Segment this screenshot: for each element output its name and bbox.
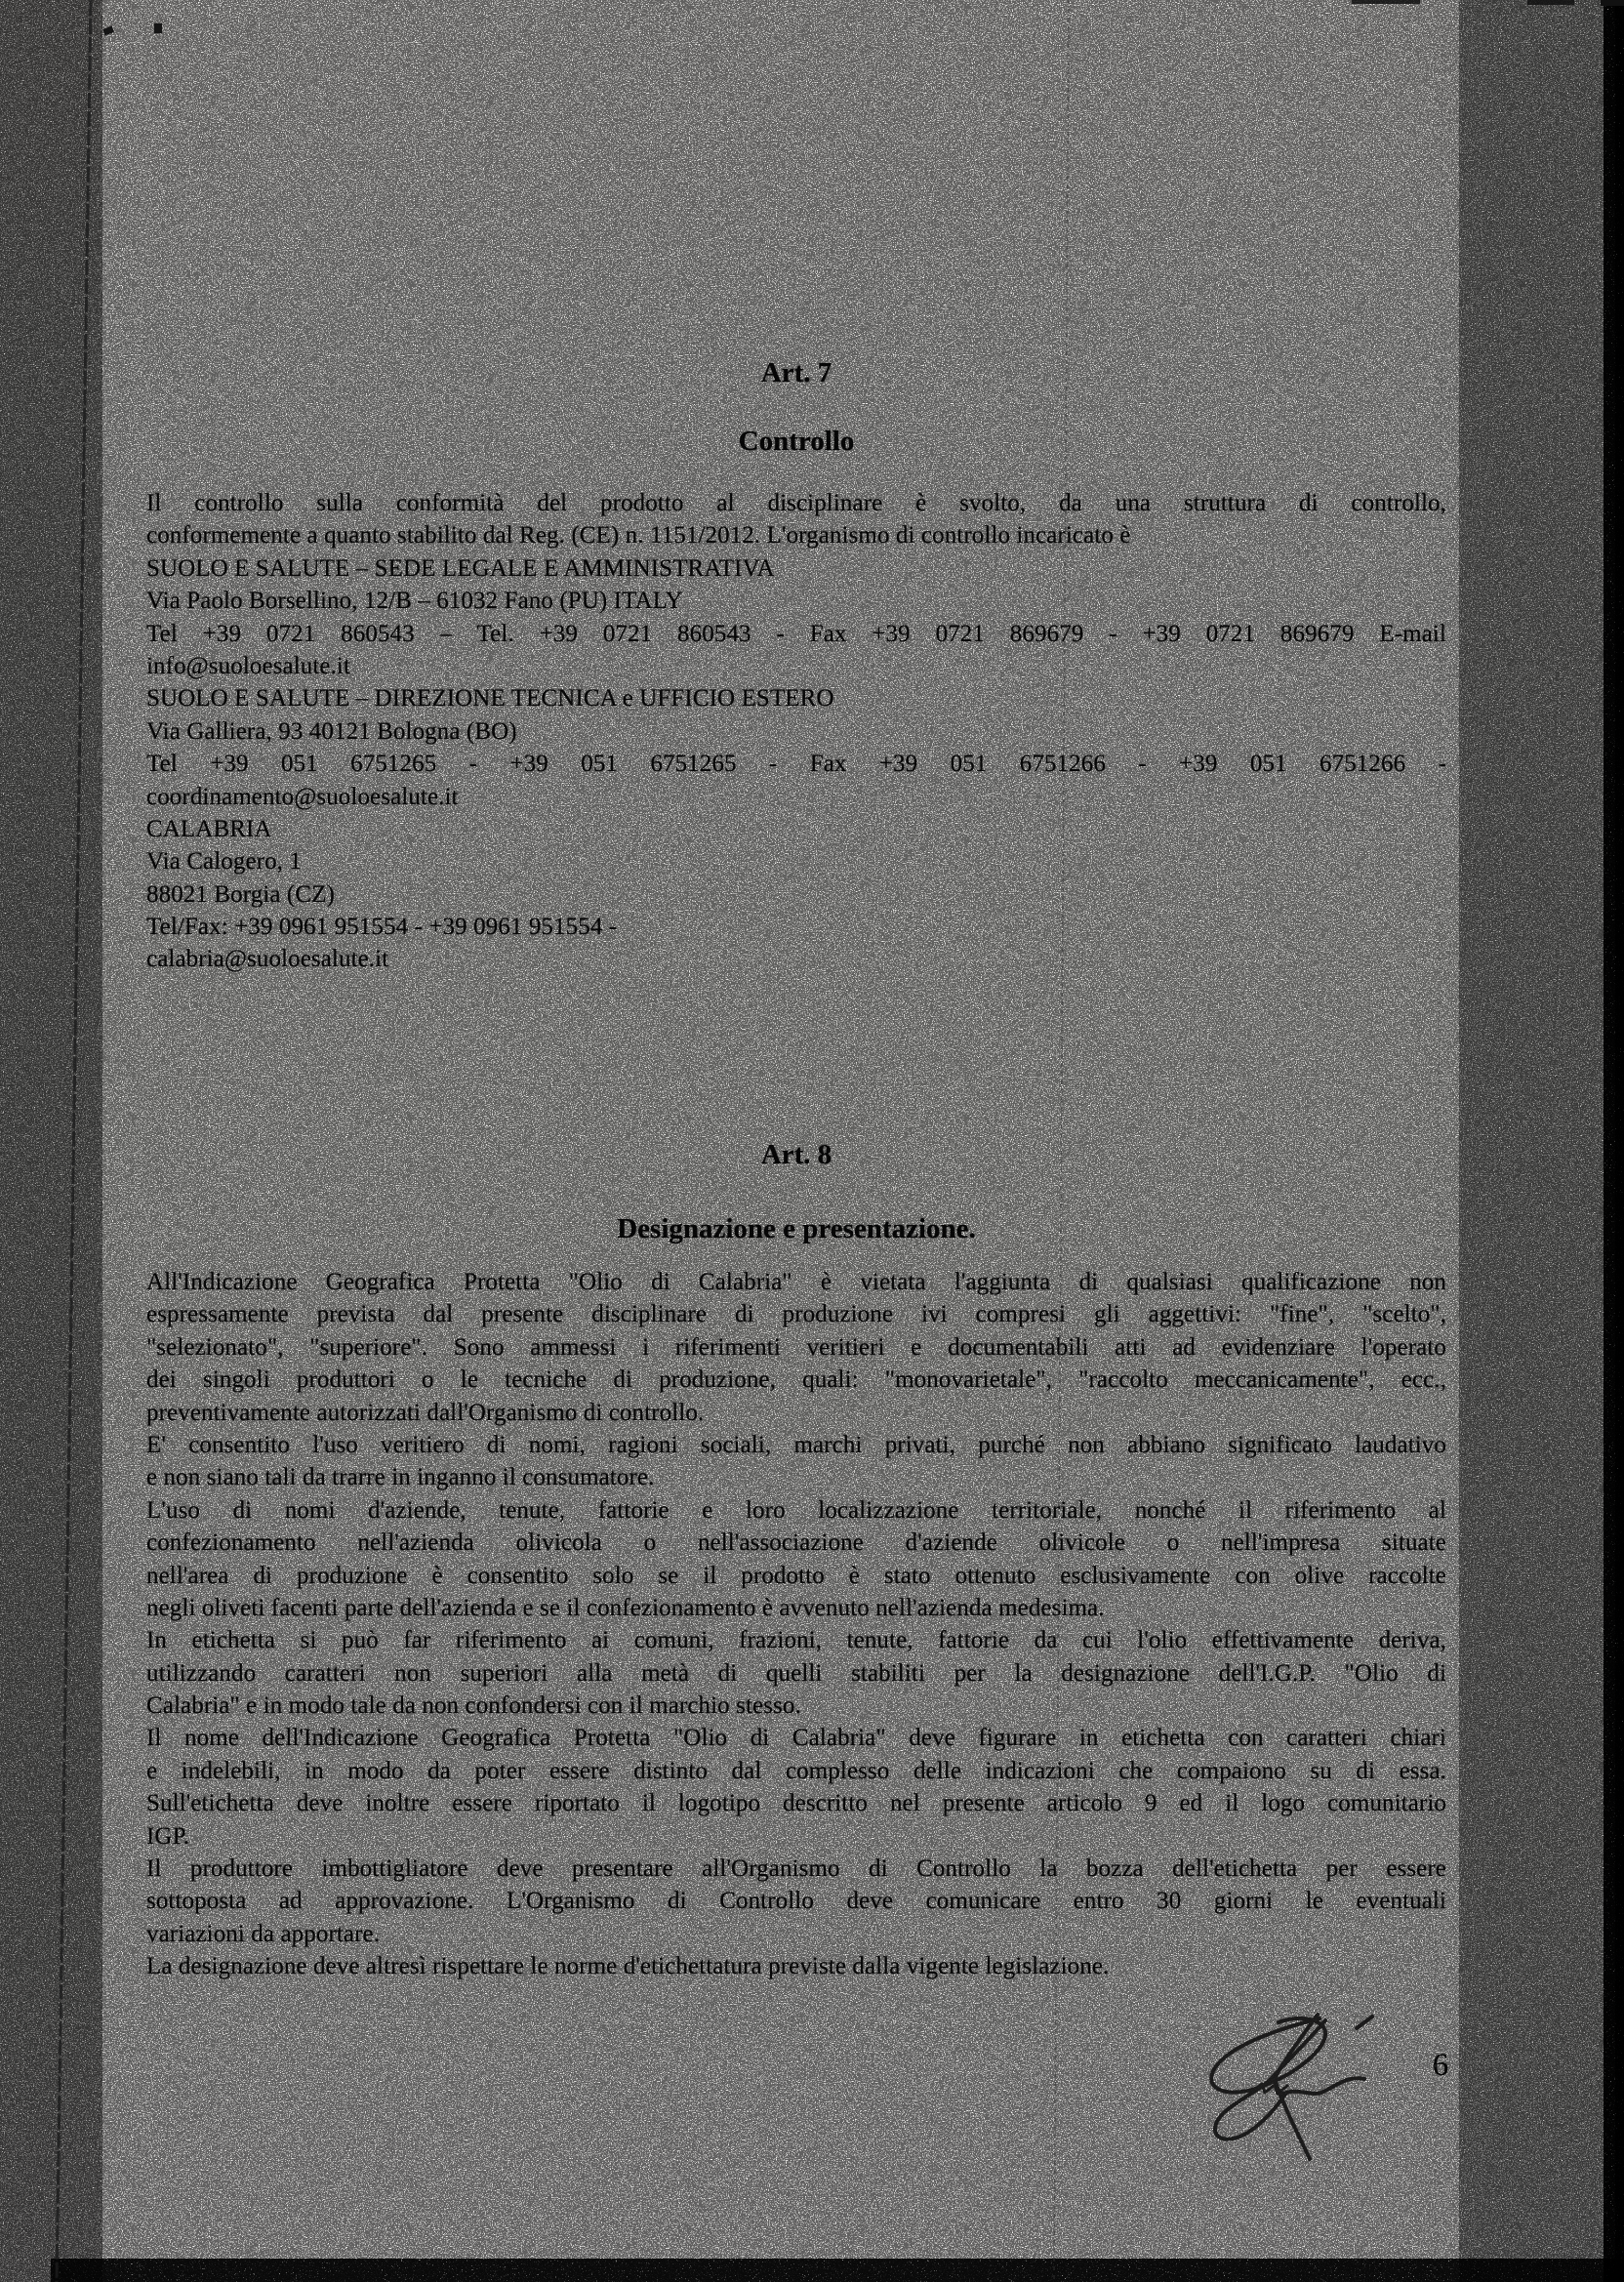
text-line: info@suoloesalute.it [146,650,1446,682]
text-line: SUOLO E SALUTE – DIREZIONE TECNICA e UFF… [146,682,1446,714]
right-margin-noise [1459,0,1624,2282]
text-line: 88021 Borgia (CZ) [146,878,1446,911]
left-edge-line [57,0,91,2282]
ink-speck [102,25,114,35]
art8-heading: Art. 8 [146,1139,1446,1170]
text-line: Sull'etichetta deve inoltre essere ripor… [146,1787,1446,1819]
text-line: Via Calogero, 1 [146,845,1446,877]
text-line: Via Galliera, 93 40121 Bologna (BO) [146,715,1446,748]
ink-speck [154,23,162,33]
text-line: utilizzando caratteri non superiori alla… [146,1657,1446,1690]
text-line: Il nome dell'Indicazione Geografica Prot… [146,1722,1446,1754]
page-number: 6 [1411,2048,1470,2083]
text-line: confezionamento nell'azienda olivicola o… [146,1527,1446,1559]
right-edge-band [1604,0,1624,2282]
left-faint-line [123,29,140,2282]
text-line: Il controllo sulla conformità del prodot… [146,487,1446,519]
art7-paragraph: Il controllo sulla conformità del prodot… [146,487,1446,976]
text-line: Il produttore imbottigliatore deve prese… [146,1853,1446,1885]
art8-paragraph: All'Indicazione Geografica Protetta "Oli… [146,1266,1446,1983]
right-edge-band-inner [1615,0,1624,2282]
text-line: nell'area di produzione è consentito sol… [146,1560,1446,1592]
top-edge-mark [1601,0,1624,6]
text-line: All'Indicazione Geografica Protetta "Oli… [146,1266,1446,1298]
text-line: Tel/Fax: +39 0961 951554 - +39 0961 9515… [146,911,1446,943]
text-line: coordinamento@suoloesalute.it [146,781,1446,813]
text-line: sottoposta ad approvazione. L'Organismo … [146,1885,1446,1917]
art7-subheading: Controllo [146,426,1446,457]
text-line: E' consentito l'uso veritiero di nomi, r… [146,1429,1446,1461]
text-line: e non siano tali da trarre in inganno il… [146,1461,1446,1493]
text-line: IGP. [146,1820,1446,1853]
text-line: SUOLO E SALUTE – SEDE LEGALE E AMMINISTR… [146,552,1446,585]
text-line: Calabria" e in modo tale da non confonde… [146,1690,1446,1722]
art8-subheading: Designazione e presentazione. [146,1213,1446,1244]
text-line: conformemente a quanto stabilito dal Reg… [146,519,1446,551]
text-line: dei singoli produttori o le tecniche di … [146,1364,1446,1396]
text-line: Tel +39 051 6751265 - +39 051 6751265 - … [146,748,1446,780]
text-line: e indelebili, in modo da poter essere di… [146,1755,1446,1787]
text-line: La designazione deve altresì rispettare … [146,1950,1446,1982]
text-line: CALABRIA [146,813,1446,845]
text-line: L'uso di nomi d'aziende, tenute, fattori… [146,1494,1446,1527]
top-edge-mark [1527,0,1574,5]
art7-heading: Art. 7 [146,357,1446,388]
signature-scribble [1211,2015,1372,2159]
text-line: negli oliveti facenti parte dell'azienda… [146,1592,1446,1624]
text-line: calabria@suoloesalute.it [146,943,1446,975]
text-line: variazioni da apportare. [146,1918,1446,1950]
text-line: Tel +39 0721 860543 – Tel. +39 0721 8605… [146,618,1446,650]
text-line: espressamente prevista dal presente disc… [146,1298,1446,1330]
top-edge-mark [1352,0,1420,4]
text-line: In etichetta si può far riferimento ai c… [146,1624,1446,1656]
text-line: preventivamente autorizzati dall'Organis… [146,1397,1446,1429]
text-line: Via Paolo Borsellino, 12/B – 61032 Fano … [146,585,1446,617]
text-line: "selezionato", "superiore". Sono ammessi… [146,1331,1446,1364]
bottom-edge-band [51,2259,1624,2282]
scanned-document-page: Art. 7 Controllo Il controllo sulla conf… [0,0,1624,2282]
left-margin-noise [0,0,102,2282]
